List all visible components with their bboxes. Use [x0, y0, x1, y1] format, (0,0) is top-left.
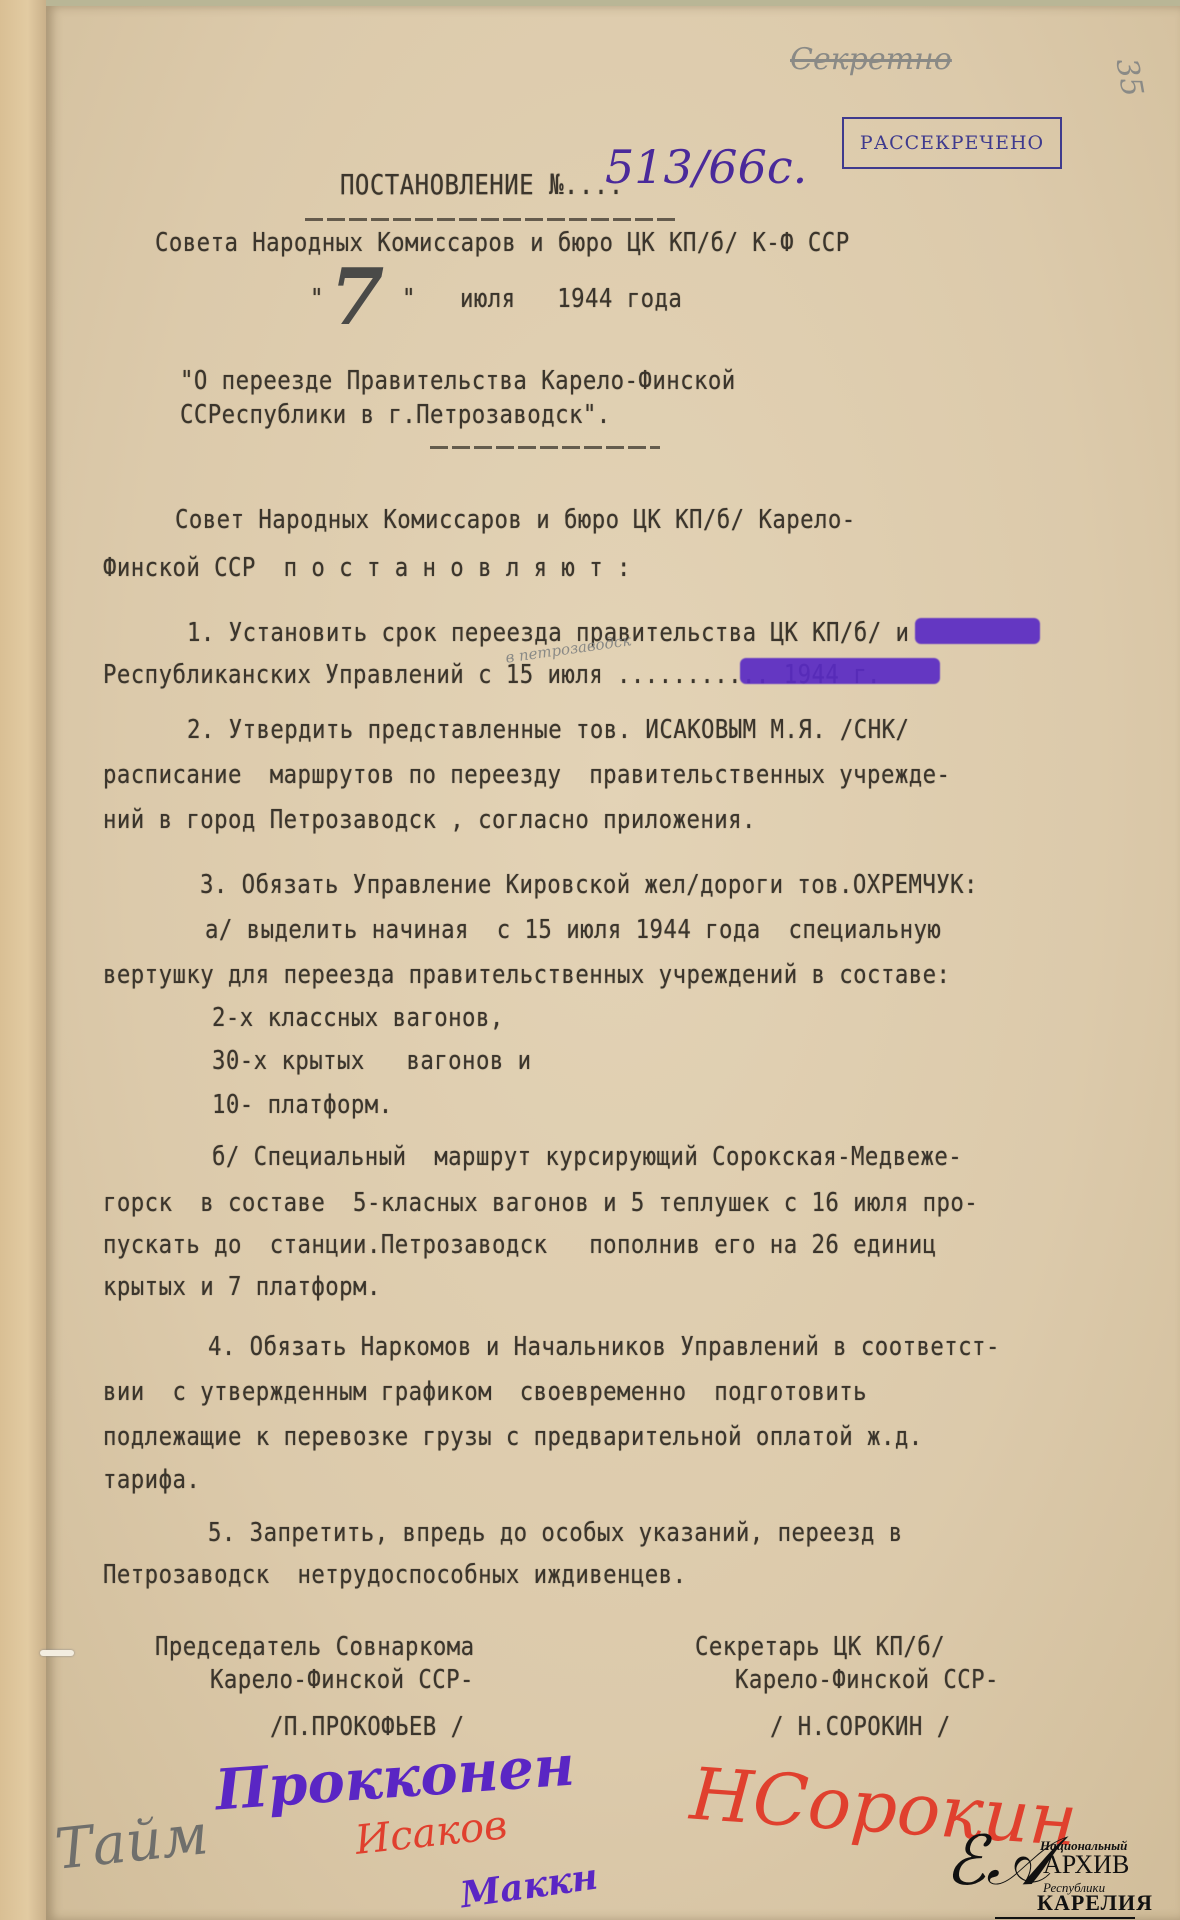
item-2-line-1: 2. Утвердить представленные тов. ИСАКОВЫ… — [187, 715, 909, 745]
left-signatory-title-2: Карело-Финской ССР- — [210, 1665, 474, 1695]
item-3-line-2: а/ выделить начиная с 15 июля 1944 года … — [205, 915, 941, 945]
subject-line-1: "О переезде Правительства Карело-Финской — [180, 366, 736, 396]
date-quote-open: " — [310, 284, 324, 314]
stamp-text: РАССЕКРЕЧЕНО — [860, 132, 1044, 154]
item-3-line-1: 3. Обязать Управление Кировской жел/доро… — [200, 870, 978, 900]
item-4-line-4: тарифа. — [103, 1465, 200, 1495]
redaction-mark — [740, 658, 940, 684]
binding-edge — [0, 0, 46, 1920]
resolution-number: 513/66с. — [605, 140, 807, 194]
archive-logo: ℰ𝒜 Национальный АРХИВ Республики КАРЕЛИЯ — [945, 1830, 1180, 1920]
item-2-line-2: расписание маршрутов по переезду правите… — [103, 760, 950, 790]
item-3-line-5: 30-х крытых вагонов и — [212, 1046, 532, 1076]
item-3-line-9: пускать до станции.Петрозаводск пополнив… — [103, 1230, 937, 1260]
left-signatory-title-1: Председатель Совнаркома — [155, 1632, 475, 1662]
date-text: июля 1944 года — [460, 284, 682, 314]
classification-struck: Секретно — [790, 42, 952, 77]
date-quote-close: " — [402, 284, 416, 314]
item-3-line-3: вертушку для переезда правительственных … — [103, 960, 950, 990]
page-title: ПОСТАНОВЛЕНИЕ №.... — [340, 168, 624, 201]
page-number: 35 — [1109, 56, 1150, 100]
right-signatory-title-1: Секретарь ЦК КП/б/ — [695, 1632, 945, 1662]
item-3-line-7: б/ Специальный маршрут курсирующий Сорок… — [212, 1142, 962, 1172]
left-signatory-name: /П.ПРОКОФЬЕВ / — [270, 1712, 464, 1742]
logo-quill-icon — [995, 1917, 1135, 1919]
item-4-line-1: 4. Обязать Наркомов и Начальников Управл… — [208, 1332, 1000, 1362]
logo-line-2: АРХИВ — [1043, 1850, 1129, 1880]
right-signatory-title-2: Карело-Финской ССР- — [735, 1665, 999, 1695]
subject-underline — [430, 446, 660, 449]
item-3-line-8: горск в составе 5-класных вагонов и 5 те… — [103, 1188, 978, 1218]
item-3-line-10: крытых и 7 платформ. — [103, 1272, 381, 1302]
preamble-line-2: Финской ССР п о с т а н о в л я ю т : — [103, 553, 631, 583]
title-underline — [305, 218, 675, 221]
subject-line-2: ССРеспублики в г.Петрозаводск". — [180, 400, 611, 430]
date-day: 7 — [330, 252, 384, 343]
declassified-stamp: РАССЕКРЕЧЕНО — [842, 117, 1062, 169]
preamble-line-1: Совет Народных Комиссаров и бюро ЦК КП/б… — [175, 505, 856, 535]
logo-line-4: КАРЕЛИЯ — [1037, 1890, 1153, 1916]
issuer-line: Совета Народных Комиссаров и бюро ЦК КП/… — [155, 228, 850, 258]
logo-monogram: ℰ𝒜 — [945, 1822, 1051, 1902]
item-3-line-6: 10- платформ. — [212, 1090, 393, 1120]
item-4-line-2: вии с утвержденным графиком своевременно… — [103, 1377, 867, 1407]
binding-thread — [40, 1650, 74, 1656]
item-5-line-2: Петрозаводск нетрудоспособных иждивенцев… — [103, 1560, 686, 1590]
item-2-line-3: ний в город Петрозаводск , согласно прил… — [103, 805, 756, 835]
item-5-line-1: 5. Запретить, впредь до особых указаний,… — [208, 1518, 903, 1548]
right-signatory-name: / Н.СОРОКИН / — [770, 1712, 951, 1742]
item-3-line-4: 2-х классных вагонов, — [212, 1003, 504, 1033]
item-4-line-3: подлежащие к перевозке грузы с предварит… — [103, 1422, 923, 1452]
redaction-mark — [915, 618, 1040, 644]
